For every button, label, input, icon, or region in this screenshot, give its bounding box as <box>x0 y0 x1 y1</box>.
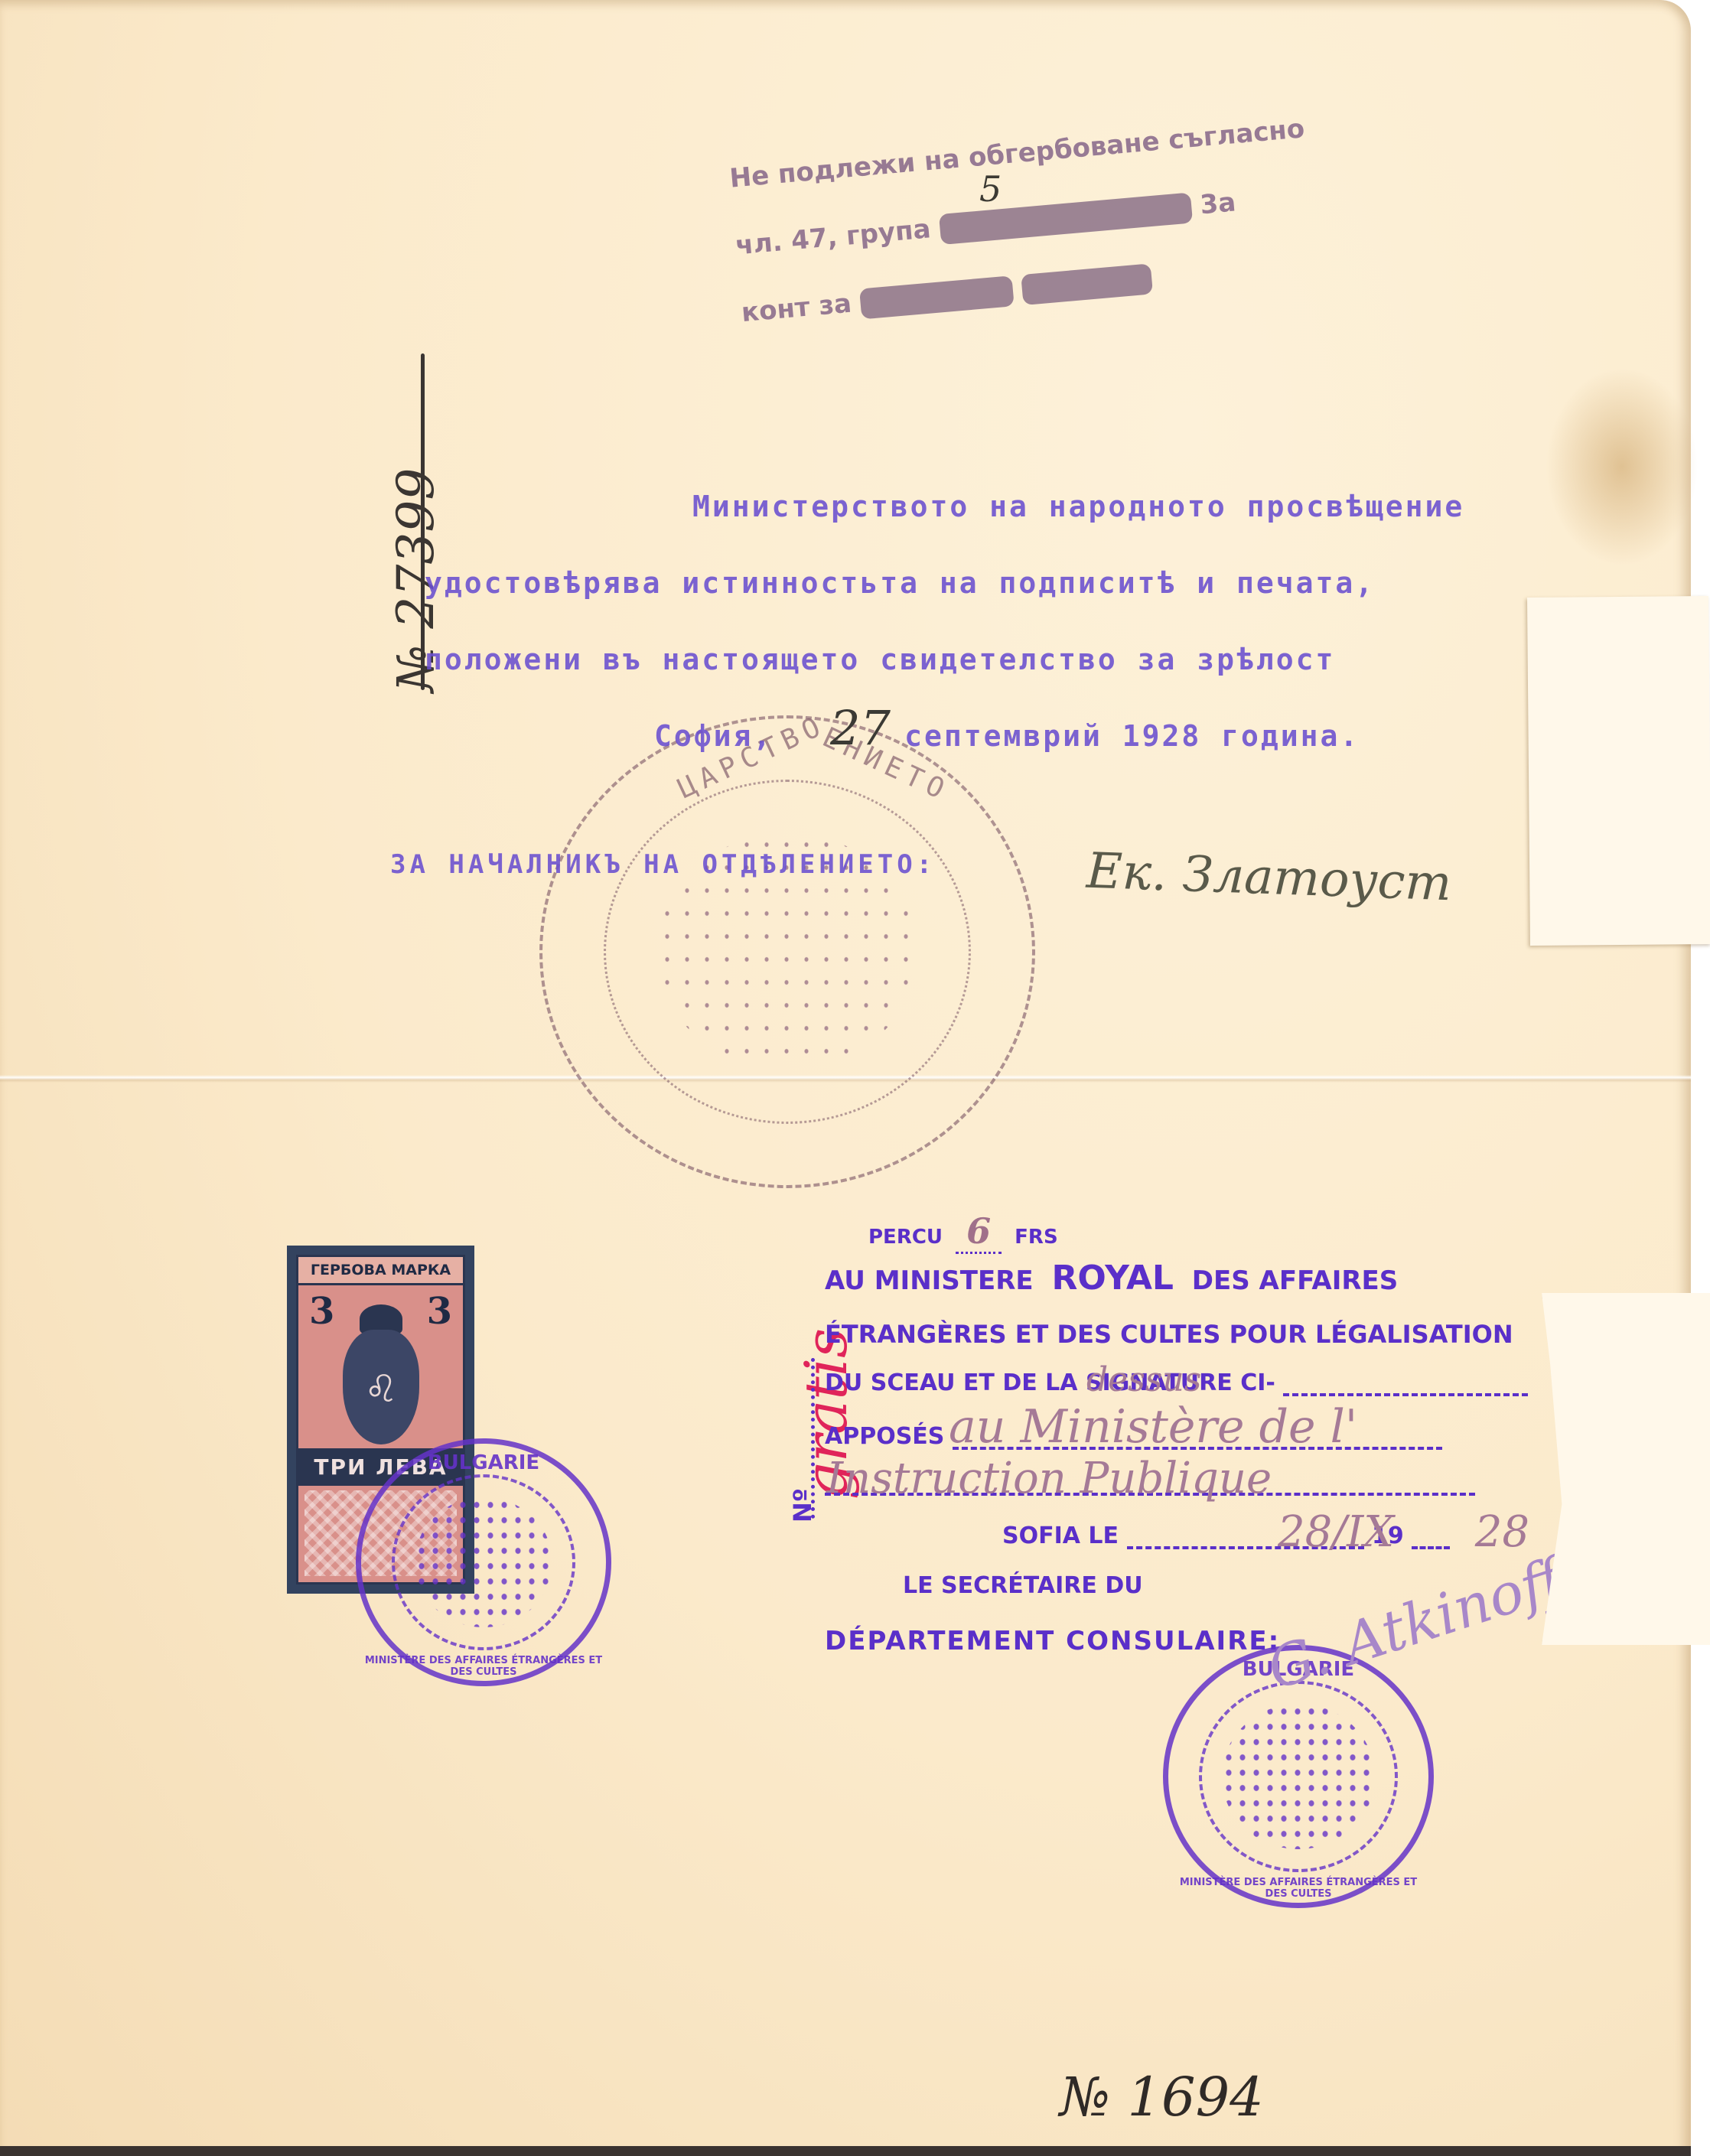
handwritten-day: 27 <box>830 700 891 756</box>
legalisation-line-8: DÉPARTEMENT CONSULAIRE: <box>825 1626 1280 1656</box>
seal-crest <box>1222 1704 1375 1849</box>
revenue-stamp-title: ГЕРБОВА МАРКА <box>298 1257 463 1285</box>
document-paper: Не подлежи на обгербоване съгласно чл. 4… <box>0 0 1691 2156</box>
stamp-value-left: 3 <box>309 1290 334 1333</box>
pasted-paper-slip <box>1527 596 1710 946</box>
seal-crest <box>415 1497 552 1627</box>
handwritten-date: 28/IX 28 <box>1278 1507 1529 1557</box>
certification-line-3: положени въ настоящето свидетелство за з… <box>425 643 1335 676</box>
consular-seal-on-stamp: BULGARIE MINISTÈRE DES AFFAIRES ÉTRANGÈR… <box>356 1438 611 1686</box>
water-stain <box>1546 367 1699 566</box>
certification-date-line: София, септемврий 1928 година. <box>654 719 1360 753</box>
pasted-paper-slip <box>1542 1293 1710 1645</box>
ministry-seal: ЦАРСТВО ЕНИЕТО <box>539 715 1035 1188</box>
legalisation-line-1: AU MINISTERE ROYAL DES AFFAIRES <box>825 1259 1398 1298</box>
redacted-ink <box>938 192 1192 245</box>
signatory-label: ЗА НАЧАЛНИКЪ НА ОТДѢЛЕНИЕТО: <box>390 849 936 880</box>
fee-amount: 6 <box>956 1210 1002 1254</box>
legalisation-number-label: Nº <box>788 1488 817 1523</box>
handwritten-mark: 5 <box>979 168 1002 210</box>
legalisation-line-7: LE SECRÉTAIRE DU <box>903 1572 1143 1599</box>
stamp-value-right: 3 <box>427 1290 452 1333</box>
certification-line-1: Министерството на народното просвѣщение <box>692 490 1464 523</box>
scan-edge <box>0 2146 1691 2156</box>
redacted-ink <box>1021 263 1153 305</box>
document-number: № 1694 <box>1060 2066 1264 2128</box>
certification-line-2: удостовѣрява истинностьта на подписитѣ и… <box>425 566 1375 600</box>
redacted-ink <box>859 275 1015 319</box>
stamp-not-subject-to-duty: Не подлежи на обгербоване съгласно чл. 4… <box>727 95 1319 347</box>
handwritten-dessus: dessus <box>1086 1360 1201 1399</box>
legalisation-line-2: ÉTRANGÈRES ET DES CULTES POUR LÉGALISATI… <box>825 1320 1513 1349</box>
lion-crest-icon: ♌ <box>343 1330 419 1444</box>
fee-received: PERCU 6 FRS <box>868 1210 1058 1254</box>
signature-ministry: Ек. Златоуст <box>1086 843 1453 913</box>
handwritten-ministry: au Ministère de l' <box>949 1400 1357 1454</box>
handwritten-instruction: Instruction Publique <box>826 1454 1272 1503</box>
